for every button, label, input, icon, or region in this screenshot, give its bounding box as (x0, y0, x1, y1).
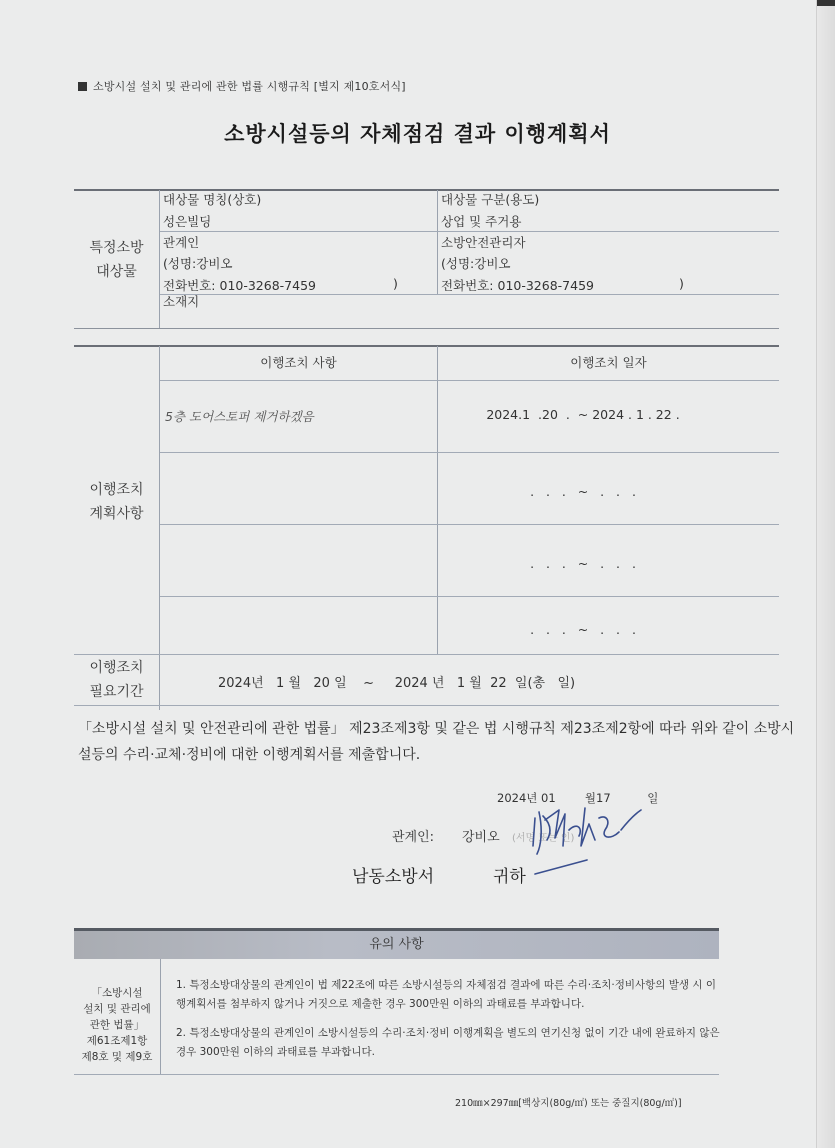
legal-basis-line: 설치 및 관리에 (74, 1001, 160, 1017)
plan-col-divider (159, 346, 160, 710)
square-bullet-icon (78, 82, 87, 91)
plan-row-divider-3 (160, 596, 779, 597)
plan-row-1-action[interactable]: 5층 도어스토퍼 제거하겠음 (165, 407, 314, 425)
manager-name[interactable]: (성명:강비오 (441, 254, 510, 272)
plan-label-line2: 계획사항 (74, 502, 159, 526)
target-label-line1: 특정소방 (74, 236, 159, 260)
col-header-date: 이행조치 일자 (438, 353, 779, 371)
target-name-value[interactable]: 성은빌딩 (163, 212, 211, 230)
document-title: 소방시설등의 자체점검 결과 이행계획서 (0, 118, 835, 148)
target-label-line2: 대상물 (74, 260, 159, 284)
plan-top-rule (74, 345, 779, 347)
signature-mark[interactable] (525, 800, 645, 880)
target-row-divider-2 (160, 294, 779, 295)
period-bottom-rule (74, 705, 779, 706)
legal-basis-line: 제61조제1항 (74, 1033, 160, 1049)
notes-legal-basis: 「소방시설 설치 및 관리에 관한 법률」 제61조제1항 제8호 및 제9호 (74, 985, 160, 1065)
plan-row-3-date[interactable]: . . . ~ . . . (438, 556, 728, 571)
plan-bottom-rule (74, 654, 779, 655)
owner-name[interactable]: (성명:강비오 (163, 254, 232, 272)
target-category-label: 대상물 구분(용도) (441, 190, 539, 208)
plan-label-line1: 이행조치 (74, 478, 159, 502)
recipient-office: 남동소방서 (352, 862, 434, 887)
form-reference-text: 소방시설 설치 및 관리에 관한 법률 시행규칙 [별지 제10호서식] (93, 80, 406, 93)
recipient-suffix: 귀하 (493, 862, 526, 887)
plan-row-4-date[interactable]: . . . ~ . . . (438, 622, 728, 637)
col-header-action: 이행조치 사항 (160, 353, 437, 371)
applicant-name[interactable]: 강비오 (462, 826, 500, 845)
target-category-value[interactable]: 상업 및 주거용 (441, 212, 521, 230)
manager-close-paren: ) (679, 276, 684, 291)
target-section-label: 특정소방 대상물 (74, 236, 159, 284)
plan-header-divider (160, 380, 779, 381)
period-label-line2: 필요기간 (74, 680, 159, 704)
scan-edge (816, 0, 835, 1148)
target-bottom-rule (74, 328, 779, 329)
form-reference: 소방시설 설치 및 관리에 관한 법률 시행규칙 [별지 제10호서식] (78, 78, 406, 94)
signature-stroke (533, 808, 641, 874)
scan-corner-mark (817, 0, 835, 6)
applicant-label: 관계인: (392, 826, 434, 845)
owner-label: 관계인 (163, 233, 199, 251)
target-name-label: 대상물 명칭(상호) (163, 190, 261, 208)
notes-header: 유의 사항 (74, 928, 719, 959)
legal-basis-line: 관한 법률」 (74, 1017, 160, 1033)
period-section-label: 이행조치 필요기간 (74, 656, 159, 704)
notes-item-1: 1. 특정소방대상물의 관계인이 법 제22조에 따른 소방시설등의 자체점검 … (176, 976, 721, 1014)
notes-col-divider (160, 959, 161, 1074)
plan-mid-divider (437, 346, 438, 654)
period-value[interactable]: 2024년 1 월 20 일 ~ 2024 년 1 월 22 일(총 일) (218, 672, 575, 691)
notes-item-2: 2. 특정소방대상물의 관계인이 소방시설등의 수리·조치·정비 이행계획을 별… (176, 1024, 721, 1062)
target-row-divider-1 (160, 231, 779, 232)
target-mid-divider (437, 190, 438, 294)
plan-row-2-date[interactable]: . . . ~ . . . (438, 484, 728, 499)
plan-row-divider-1 (160, 452, 779, 453)
target-col-divider (159, 190, 160, 328)
submission-statement: 「소방시설 설치 및 안전관리에 관한 법률」 제23조제3항 및 같은 법 시… (78, 716, 798, 768)
paper-size-note: 210㎜×297㎜[백상지(80g/㎡) 또는 중질지(80g/㎡)] (455, 1095, 682, 1109)
plan-section-label: 이행조치 계획사항 (74, 478, 159, 526)
manager-phone[interactable]: 전화번호: 010-3268-7459 (441, 276, 594, 294)
plan-row-1-date[interactable]: 2024.1 .20 . ~ 2024 . 1 . 22 . (438, 407, 728, 422)
owner-close-paren: ) (393, 276, 398, 291)
plan-row-divider-2 (160, 524, 779, 525)
notes-bottom-rule (74, 1074, 719, 1075)
address-label: 소재지 (163, 292, 199, 310)
legal-basis-line: 「소방시설 (74, 985, 160, 1001)
legal-basis-line: 제8호 및 제9호 (74, 1049, 160, 1065)
period-label-line1: 이행조치 (74, 656, 159, 680)
manager-label: 소방안전관리자 (441, 233, 526, 251)
